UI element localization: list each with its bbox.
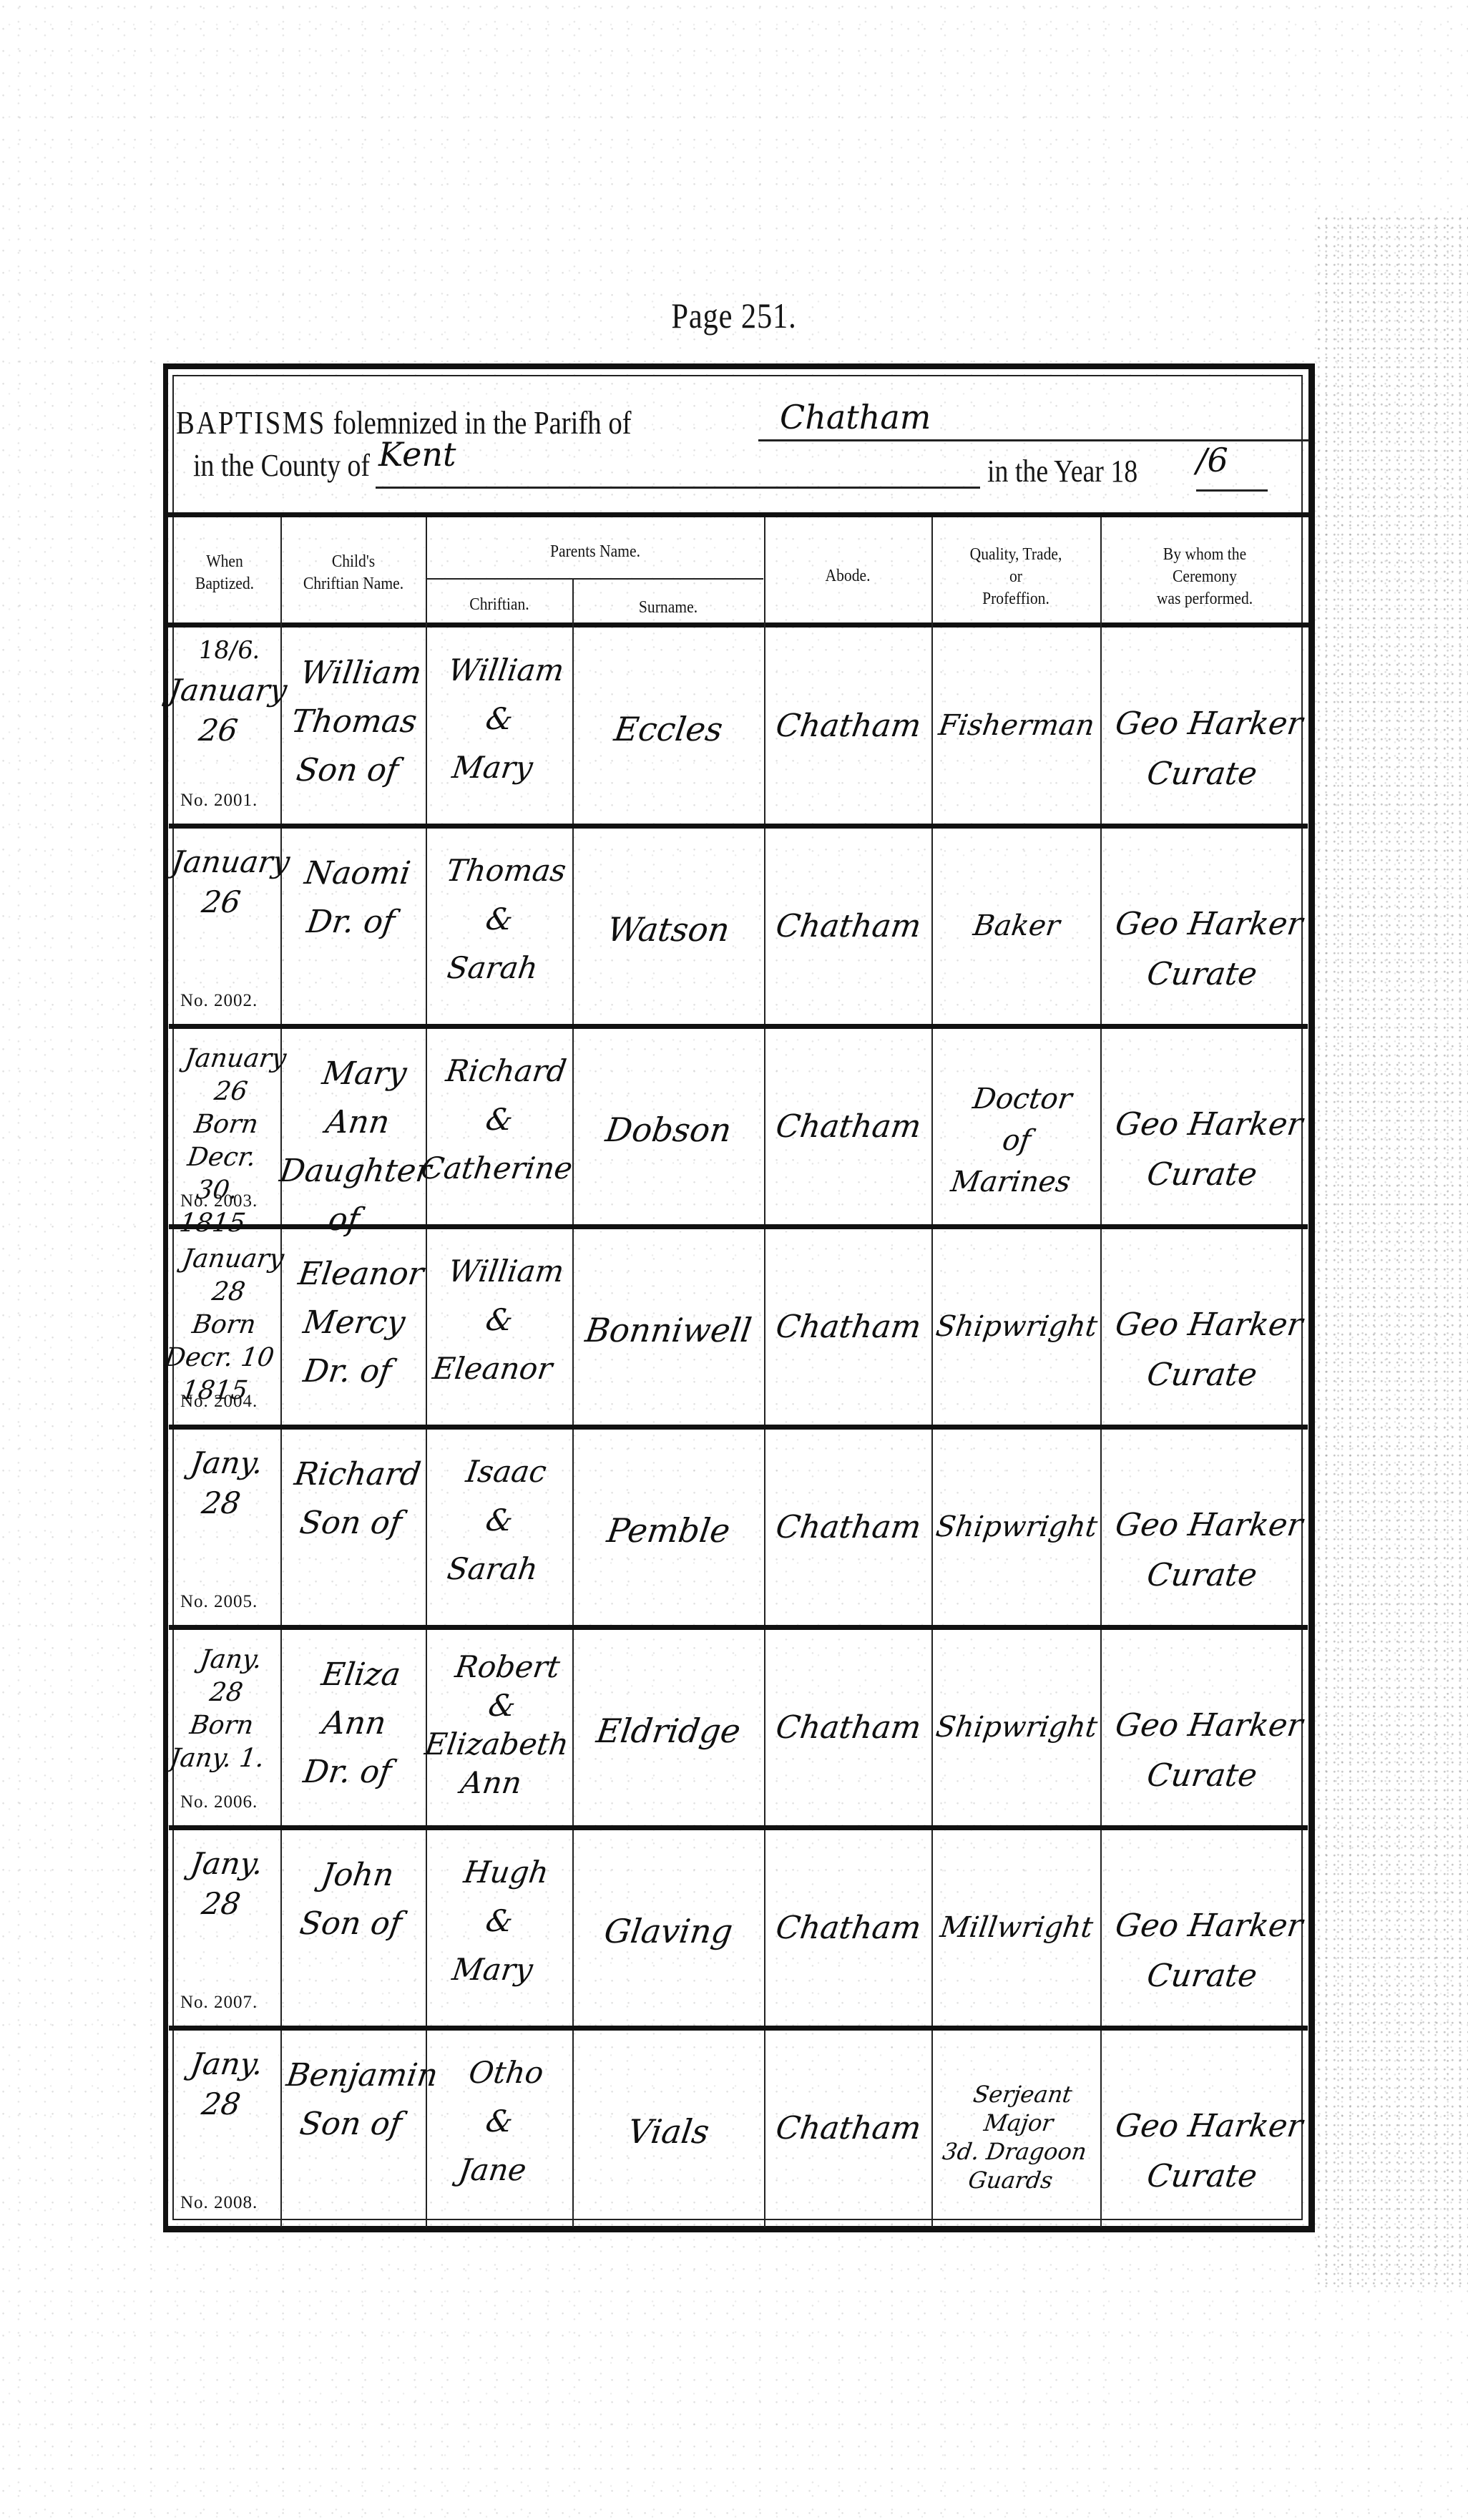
column-divider <box>764 517 765 2227</box>
officiant: Geo HarkerCurate <box>1095 899 1316 1000</box>
parish-field: Chatham <box>758 392 1309 441</box>
row-separator <box>169 1024 1308 1029</box>
abode: Chatham <box>763 905 934 948</box>
column-header-child: Child's Chriftian Name. <box>289 551 418 595</box>
parents-christian-names: Richard&Catherine <box>418 1047 582 1193</box>
year-field: /6 <box>1196 439 1268 492</box>
officiant: Geo HarkerCurate <box>1095 1300 1316 1400</box>
county-label: in the County of <box>193 447 370 484</box>
parish-value: Chatham <box>780 398 931 436</box>
surname: Pemble <box>572 1509 765 1552</box>
profession: Shipwright <box>931 1306 1102 1347</box>
parents-christian-names: Otho&Jane <box>418 2048 582 2194</box>
title-caps: BAPTISMS <box>176 405 326 441</box>
surname: Glaving <box>572 1910 765 1953</box>
parents-christian-names: Robert&ElizabethAnn <box>417 1648 582 1802</box>
officiant: Geo HarkerCurate <box>1095 1701 1316 1801</box>
surname: Watson <box>572 908 765 951</box>
column-divider <box>931 517 933 2227</box>
surname: Vials <box>572 2110 765 2153</box>
baptism-date: January26 <box>163 842 285 922</box>
entry-number: No. 2007. <box>180 1993 258 2013</box>
year-value: /6 <box>1196 441 1228 479</box>
entry-number: No. 2004. <box>180 1392 258 1412</box>
column-header-parents: Parents Name. <box>444 541 747 563</box>
column-header-by-whom: By whom the Ceremony was performed. <box>1112 544 1298 610</box>
page-number: Page 251. <box>110 295 1358 336</box>
parents-christian-names: Hugh&Mary <box>418 1848 582 1994</box>
surname: Eldridge <box>572 1709 765 1752</box>
officiant: Geo HarkerCurate <box>1095 2101 1316 2202</box>
profession: Shipwright <box>931 1706 1102 1748</box>
entry-number: No. 2001. <box>180 791 258 811</box>
parents-christian-names: Thomas&Sarah <box>418 846 582 992</box>
abode: Chatham <box>763 1105 934 1148</box>
county-value: Kent <box>378 435 456 474</box>
baptism-date: January28Born Decr. 10 1815 <box>157 1243 290 1407</box>
baptism-date: Jany.28 <box>163 2044 285 2124</box>
abode: Chatham <box>763 1706 934 1749</box>
child-name: RichardSon of <box>276 1450 431 1548</box>
column-header-abode: Abode. <box>773 565 923 587</box>
profession: Shipwright <box>931 1506 1102 1548</box>
child-name: NaomiDr. of <box>276 849 431 947</box>
child-name: MaryAnnDaughter of <box>270 1050 439 1244</box>
child-name: BenjaminSon of <box>276 2051 431 2149</box>
baptism-date: Jany.28Born Jany. 1. <box>160 1644 288 1775</box>
column-header-parents-surname: Surname. <box>582 597 753 619</box>
entry-number: No. 2002. <box>180 991 258 1011</box>
parents-subrule <box>427 578 763 580</box>
abode: Chatham <box>763 1907 934 1950</box>
child-name: WilliamThomasSon of <box>273 649 436 795</box>
entry-number: No. 2006. <box>180 1792 258 1812</box>
parents-christian-names: Isaac&Sarah <box>418 1447 582 1593</box>
parents-christian-names: William&Eleanor <box>418 1247 582 1393</box>
profession: Millwright <box>931 1907 1102 1948</box>
row-separator <box>169 2026 1308 2031</box>
abode: Chatham <box>763 2107 934 2150</box>
child-name: JohnSon of <box>276 1851 431 1948</box>
surname: Bonniwell <box>572 1309 765 1352</box>
header-top-rule <box>167 512 1309 517</box>
scan-noise-edge <box>1316 215 1468 2290</box>
row-separator <box>169 1625 1308 1630</box>
profession: Baker <box>931 905 1102 947</box>
row-separator <box>169 824 1308 829</box>
baptism-date: Jany.28 <box>163 1844 285 1924</box>
column-header-quality: Quality, Trade, or Profeffion. <box>941 544 1092 610</box>
row-separator <box>169 1825 1308 1830</box>
parents-christian-names: William&Mary <box>418 646 582 792</box>
officiant: Geo HarkerCurate <box>1095 699 1316 799</box>
officiant: Geo HarkerCurate <box>1095 1100 1316 1200</box>
entry-number: No. 2008. <box>180 2193 258 2213</box>
entry-number: No. 2003. <box>180 1191 258 1211</box>
profession: DoctorofMarines <box>925 1078 1108 1203</box>
abode: Chatham <box>763 1306 934 1349</box>
county-field: Kent <box>376 435 980 489</box>
child-name: ElizaAnnDr. of <box>273 1651 436 1797</box>
column-header-when: When Baptized. <box>175 551 275 595</box>
abode: Chatham <box>763 1506 934 1549</box>
profession: Fisherman <box>931 705 1102 746</box>
surname: Eccles <box>572 708 765 751</box>
baptism-date: 18/6.January26 <box>160 630 288 751</box>
column-header-parents-christian: Chriftian. <box>434 594 564 616</box>
header-bottom-rule <box>167 622 1309 627</box>
year-label: in the Year 18 <box>987 453 1137 489</box>
surname: Dobson <box>572 1108 765 1151</box>
row-separator <box>169 1425 1308 1430</box>
abode: Chatham <box>763 705 934 748</box>
child-name: EleanorMercyDr. of <box>273 1250 436 1396</box>
profession: SerjeantMajor3d. DragoonGuards <box>926 2080 1107 2194</box>
officiant: Geo HarkerCurate <box>1095 1901 1316 2001</box>
entry-number: No. 2005. <box>180 1592 258 1612</box>
baptism-date: Jany.28 <box>163 1443 285 1523</box>
officiant: Geo HarkerCurate <box>1095 1500 1316 1601</box>
